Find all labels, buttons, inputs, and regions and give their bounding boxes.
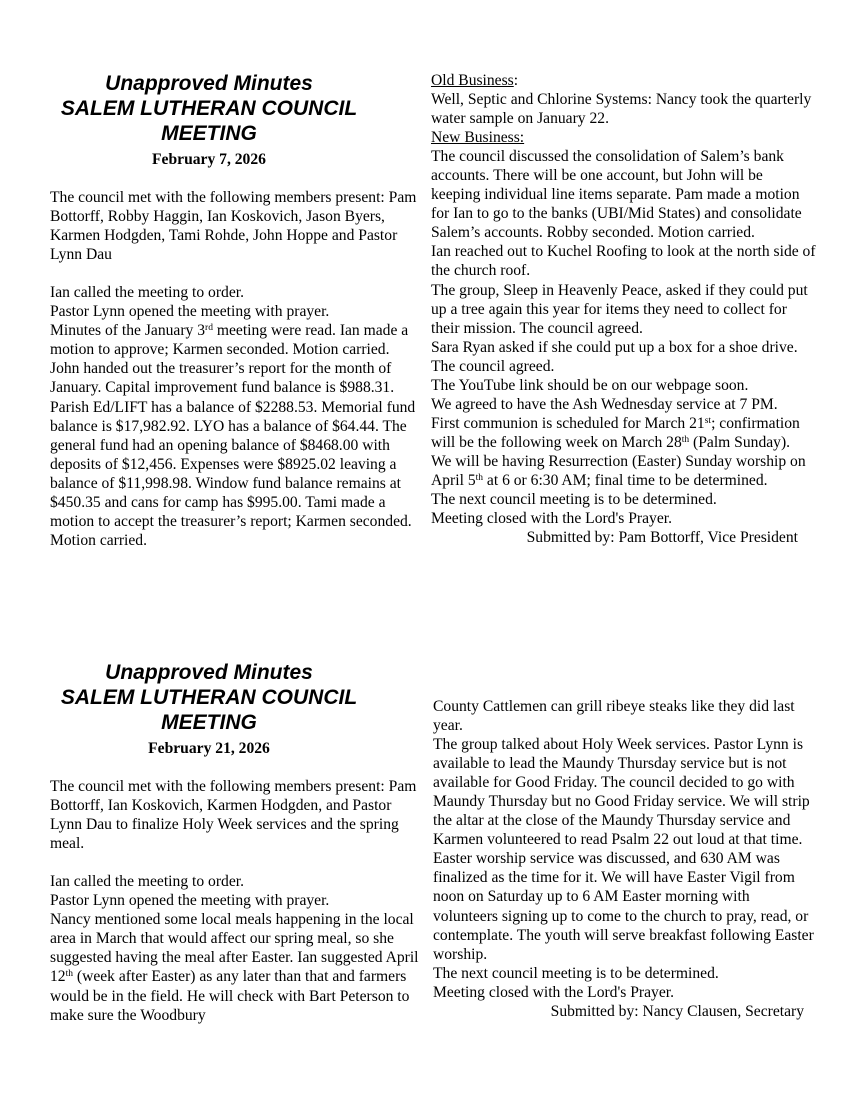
heading-line-1: Unapproved Minutes xyxy=(50,660,368,685)
spring-meal-continued: County Cattlemen can grill ribeye steaks… xyxy=(433,697,818,735)
minutes-feb-21-right-column: County Cattlemen can grill ribeye steaks… xyxy=(433,697,818,1021)
communion-text: First communion is scheduled for March 2… xyxy=(431,415,705,432)
heading-line-2: SALEM LUTHERAN COUNCIL xyxy=(50,685,368,710)
treasurer-report: John handed out the treasurer’s report f… xyxy=(50,359,420,549)
new-business-item: The group, Sleep in Heavenly Peace, aske… xyxy=(431,281,816,338)
heading-line-3: MEETING xyxy=(50,710,368,735)
heading-line-3: MEETING xyxy=(50,121,368,146)
closing-prayer: Meeting closed with the Lord's Prayer. xyxy=(431,509,816,528)
old-business-heading: Old Business xyxy=(431,72,514,89)
new-business-item: Ian reached out to Kuchel Roofing to loo… xyxy=(431,242,816,280)
communion-text: (Palm Sunday). xyxy=(689,434,790,451)
meeting-date: February 21, 2026 xyxy=(50,739,368,758)
ordinal-suffix: th xyxy=(476,473,483,483)
new-business-heading: New Business: xyxy=(431,129,524,146)
minutes-feb-7-right-column: Old Business: Well, Septic and Chlorine … xyxy=(431,71,816,547)
meeting-date: February 7, 2026 xyxy=(50,150,368,169)
call-to-order: Ian called the meeting to order. xyxy=(50,872,420,891)
heading-line-1: Unapproved Minutes xyxy=(50,71,368,96)
ordinal-suffix: th xyxy=(66,969,73,979)
new-business-item: The council discussed the consolidation … xyxy=(431,147,816,242)
communion-confirmation-item: First communion is scheduled for March 2… xyxy=(431,414,816,452)
prior-minutes-approval: Minutes of the January 3rd meeting were … xyxy=(50,321,420,359)
old-business-item: Well, Septic and Chlorine Systems: Nancy… xyxy=(431,90,816,128)
minutes-heading: Unapproved Minutes SALEM LUTHERAN COUNCI… xyxy=(50,660,368,735)
opening-prayer: Pastor Lynn opened the meeting with pray… xyxy=(50,302,420,321)
minutes-heading: Unapproved Minutes SALEM LUTHERAN COUNCI… xyxy=(50,71,368,146)
easter-worship-item: We will be having Resurrection (Easter) … xyxy=(431,452,816,490)
attendance-paragraph: The council met with the following membe… xyxy=(50,777,420,853)
spring-meal-text: (week after Easter) as any later than th… xyxy=(50,968,409,1023)
prior-minutes-text: Minutes of the January 3 xyxy=(50,322,205,339)
easter-text: at 6 or 6:30 AM; final time to be determ… xyxy=(483,472,768,489)
new-business-item: We agreed to have the Ash Wednesday serv… xyxy=(431,395,816,414)
opening-prayer: Pastor Lynn opened the meeting with pray… xyxy=(50,891,420,910)
new-business-item: Sara Ryan asked if she could put up a bo… xyxy=(431,338,816,376)
submitted-by: Submitted by: Pam Bottorff, Vice Preside… xyxy=(431,528,816,547)
ordinal-suffix: rd xyxy=(205,323,213,333)
spring-meal-paragraph: Nancy mentioned some local meals happeni… xyxy=(50,910,420,1024)
call-to-order: Ian called the meeting to order. xyxy=(50,283,420,302)
minutes-feb-7-left-column: Unapproved Minutes SALEM LUTHERAN COUNCI… xyxy=(50,71,420,550)
next-meeting: The next council meeting is to be determ… xyxy=(433,964,818,983)
submitted-by: Submitted by: Nancy Clausen, Secretary xyxy=(433,1002,818,1021)
heading-line-2: SALEM LUTHERAN COUNCIL xyxy=(50,96,368,121)
next-meeting: The next council meeting is to be determ… xyxy=(431,490,816,509)
attendance-paragraph: The council met with the following membe… xyxy=(50,188,420,264)
new-business-item: The YouTube link should be on our webpag… xyxy=(431,376,816,395)
closing-prayer: Meeting closed with the Lord's Prayer. xyxy=(433,983,818,1002)
holy-week-paragraph: The group talked about Holy Week service… xyxy=(433,735,818,964)
minutes-feb-21-left-column: Unapproved Minutes SALEM LUTHERAN COUNCI… xyxy=(50,660,420,1036)
